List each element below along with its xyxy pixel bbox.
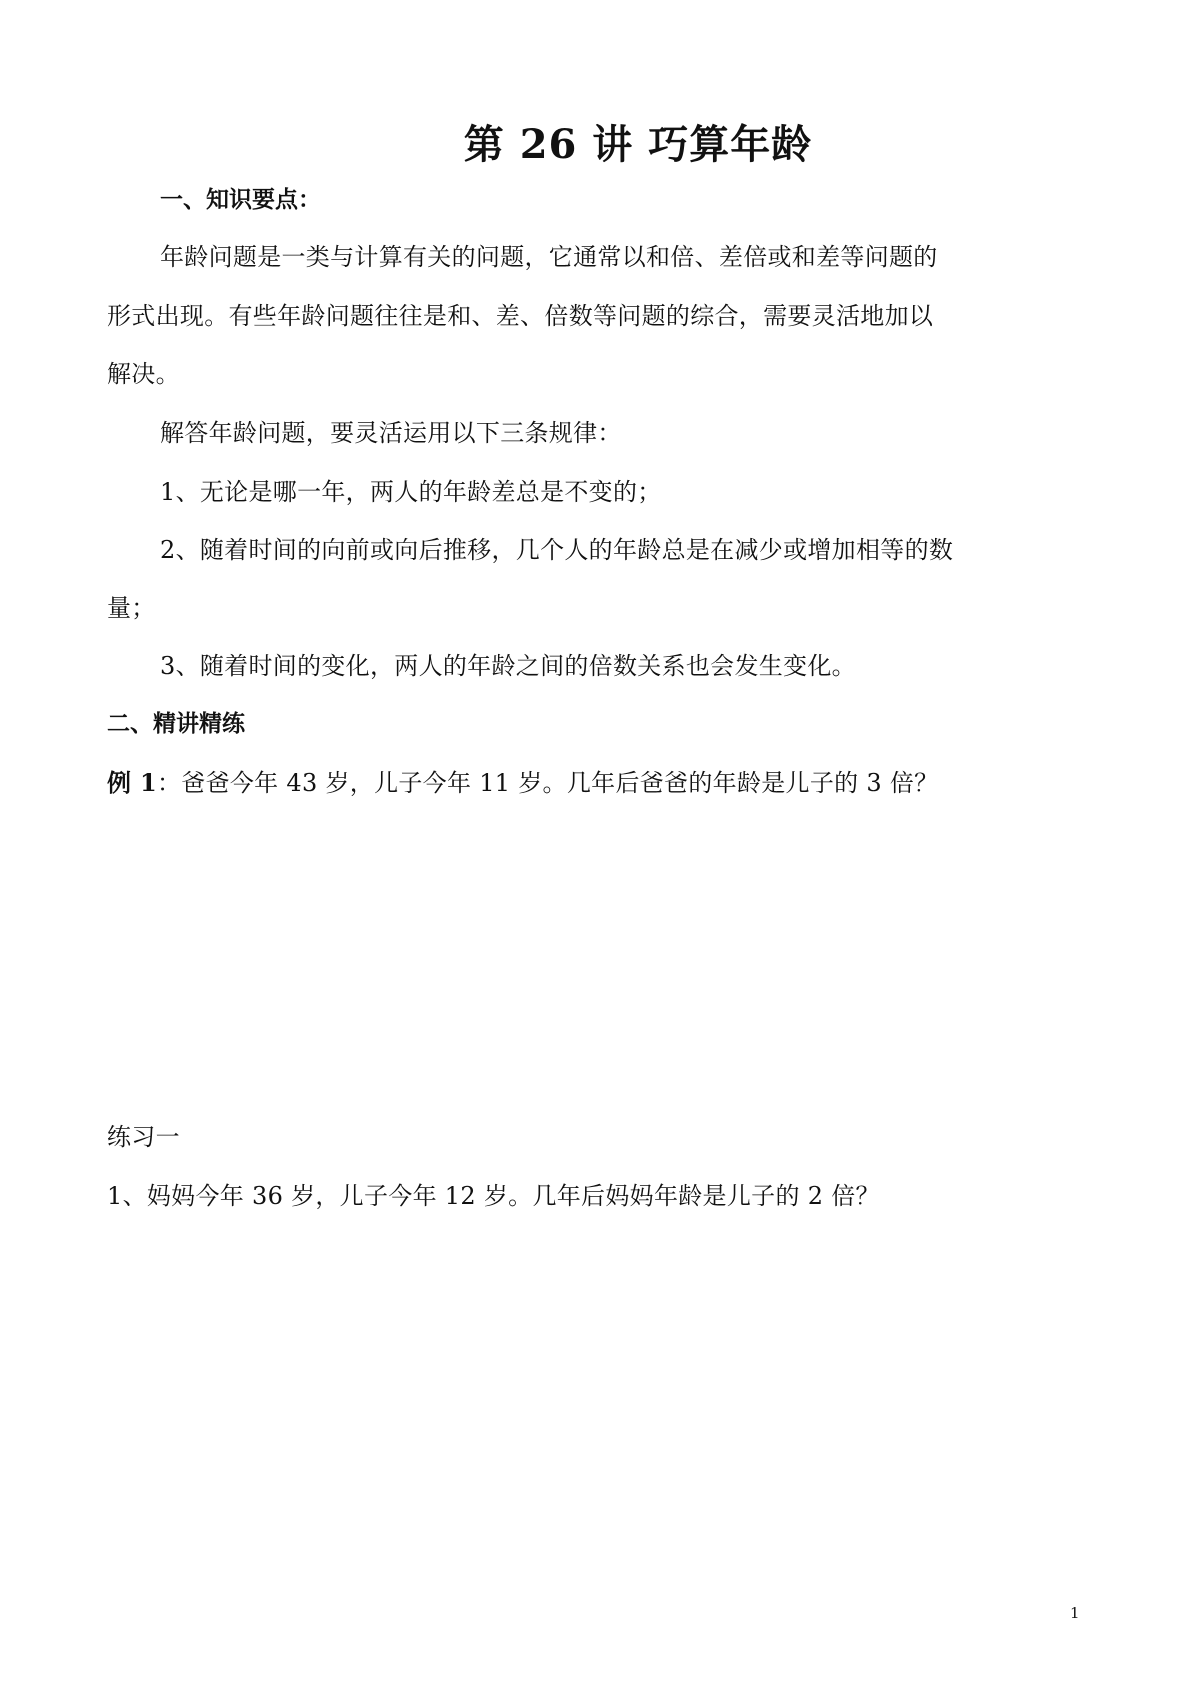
- page-title: 第 26 讲 巧算年龄: [0, 113, 1191, 170]
- page-number: 1: [1070, 1604, 1080, 1622]
- practice-heading: 练习一: [107, 1117, 180, 1152]
- example-question: ：爸爸今年 43 岁，儿子今年 11 岁。几年后爸爸的年龄是儿子的 3 倍？: [157, 769, 939, 797]
- example-1: 例 1：爸爸今年 43 岁，儿子今年 11 岁。几年后爸爸的年龄是儿子的 3 倍…: [107, 763, 939, 798]
- paragraph-rules-intro: 解答年龄问题，要灵活运用以下三条规律：: [160, 413, 622, 448]
- rule-item: 1、无论是哪一年，两人的年龄差总是不变的；: [160, 472, 662, 507]
- rule-item-continuation: 量；: [107, 588, 156, 623]
- rule-item: 2、随着时间的向前或向后推移，几个人的年龄总是在减少或增加相等的数: [160, 530, 953, 565]
- section-heading-lecture: 二、精讲精练: [107, 705, 245, 738]
- paragraph-line: 形式出现。有些年龄问题往往是和、差、倍数等问题的综合，需要灵活地加以: [107, 296, 933, 331]
- practice-item: 1、妈妈今年 36 岁，儿子今年 12 岁。几年后妈妈年龄是儿子的 2 倍？: [107, 1176, 880, 1211]
- section-heading-knowledge: 一、知识要点：: [160, 181, 321, 214]
- paragraph-line: 年龄问题是一类与计算有关的问题，它通常以和倍、差倍或和差等问题的: [160, 237, 938, 272]
- example-label: 例 1: [107, 768, 157, 797]
- paragraph-line: 解决。: [107, 354, 180, 389]
- rule-item: 3、随着时间的变化，两人的年龄之间的倍数关系也会发生变化。: [160, 646, 856, 681]
